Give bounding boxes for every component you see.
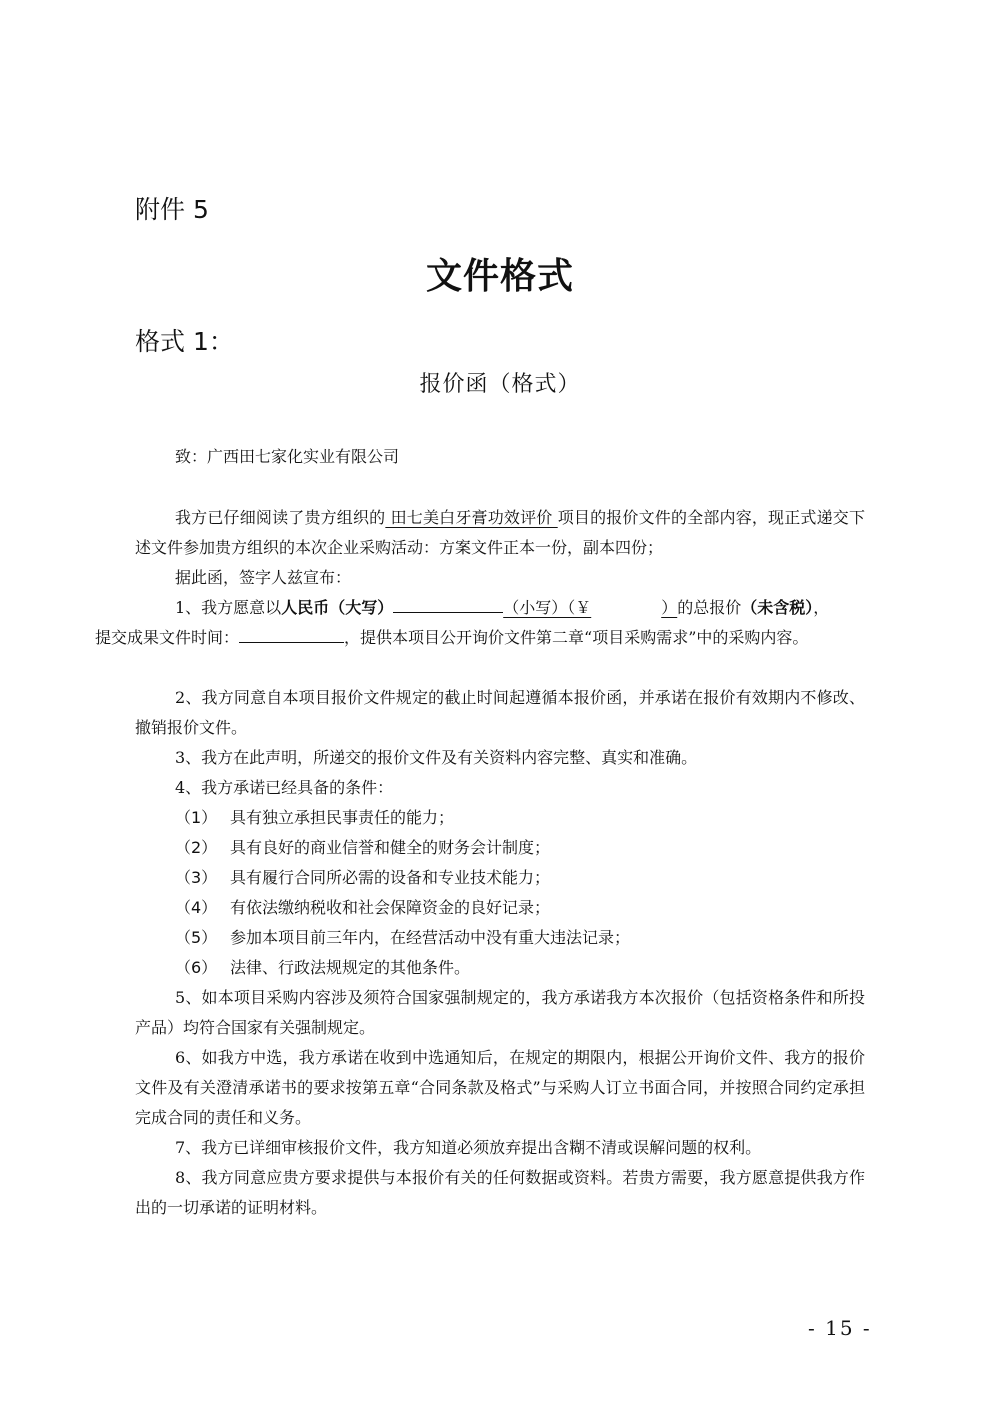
- item-3: 3、我方在此声明，所递交的报价文件及有关资料内容完整、真实和准确。: [135, 743, 865, 773]
- tax-note: （未含税）: [741, 598, 813, 617]
- condition-number: （4）: [175, 893, 230, 923]
- amount-lowercase-field[interactable]: （小写）（￥）: [503, 598, 677, 617]
- condition-6: （6）法律、行政法规规定的其他条件。: [175, 953, 470, 983]
- condition-number: （1）: [175, 803, 230, 833]
- rmb-uppercase-label: 人民币（大写）: [281, 598, 393, 617]
- total-price-label: 的总报价: [677, 598, 741, 617]
- condition-2: （2）具有良好的商业信誉和健全的财务会计制度；: [175, 833, 550, 863]
- intro-paragraph: 我方已仔细阅读了贵方组织的 田七美白牙膏功效评价 项目的报价文件的全部内容，现正…: [135, 503, 865, 563]
- item-1-suffix: ，提供本项目公开询价文件第二章“项目采购需求”中的采购内容。: [344, 628, 808, 647]
- close-paren: ）: [661, 598, 677, 617]
- condition-number: （5）: [175, 923, 230, 953]
- attachment-label: 附件 5: [135, 190, 209, 226]
- format-label: 格式 1：: [135, 322, 234, 358]
- comma: ，: [813, 598, 829, 617]
- item-4: 4、我方承诺已经具备的条件：: [135, 773, 865, 803]
- letter-subtitle: 报价函（格式）: [0, 367, 1000, 398]
- condition-number: （3）: [175, 863, 230, 893]
- item-1: 1、我方愿意以人民币（大写）（小写）（￥）的总报价（未含税），提交成果文件时间：…: [135, 593, 865, 653]
- condition-text: 参加本项目前三年内，在经营活动中没有重大违法记录；: [230, 928, 630, 947]
- condition-text: 具有独立承担民事责任的能力；: [230, 808, 454, 827]
- salutation: 致：广西田七家化实业有限公司: [135, 442, 865, 472]
- document-title: 文件格式: [0, 248, 1000, 299]
- item-5: 5、如本项目采购内容涉及须符合国家强制规定的，我方承诺我方本次报价（包括资格条件…: [135, 983, 865, 1043]
- declaration: 据此函，签字人兹宣布：: [135, 563, 865, 593]
- item-2: 2、我方同意自本项目报价文件规定的截止时间起遵循本报价函，并承诺在报价有效期内不…: [135, 683, 865, 743]
- lowercase-label: （小写）（￥: [503, 598, 591, 617]
- condition-3: （3）具有履行合同所必需的设备和专业技术能力；: [175, 863, 550, 893]
- intro-prefix: 我方已仔细阅读了贵方组织的: [175, 508, 385, 527]
- item-7: 7、我方已详细审核报价文件，我方知道必须放弃提出含糊不清或误解问题的权利。: [135, 1133, 865, 1163]
- condition-number: （2）: [175, 833, 230, 863]
- item-6: 6、如我方中选，我方承诺在收到中选通知后，在规定的期限内，根据公开询价文件、我方…: [135, 1043, 865, 1133]
- condition-text: 法律、行政法规规定的其他条件。: [230, 958, 470, 977]
- condition-text: 具有良好的商业信誉和健全的财务会计制度；: [230, 838, 550, 857]
- item-8: 8、我方同意应贵方要求提供与本报价有关的任何数据或资料。若贵方需要，我方愿意提供…: [135, 1163, 865, 1223]
- item-1-prefix: 1、我方愿意以: [175, 598, 281, 617]
- page-number: - 15 -: [808, 1316, 872, 1340]
- condition-text: 具有履行合同所必需的设备和专业技术能力；: [230, 868, 550, 887]
- condition-1: （1）具有独立承担民事责任的能力；: [175, 803, 454, 833]
- condition-text: 有依法缴纳税收和社会保障资金的良好记录；: [230, 898, 550, 917]
- condition-4: （4）有依法缴纳税收和社会保障资金的良好记录；: [175, 893, 550, 923]
- submission-time-label: 提交成果文件时间：: [95, 628, 239, 647]
- condition-number: （6）: [175, 953, 230, 983]
- project-name: 田七美白牙膏功效评价: [385, 508, 557, 527]
- amount-uppercase-blank[interactable]: [393, 594, 503, 613]
- condition-5: （5）参加本项目前三年内，在经营活动中没有重大违法记录；: [175, 923, 630, 953]
- submission-time-blank[interactable]: [239, 624, 344, 643]
